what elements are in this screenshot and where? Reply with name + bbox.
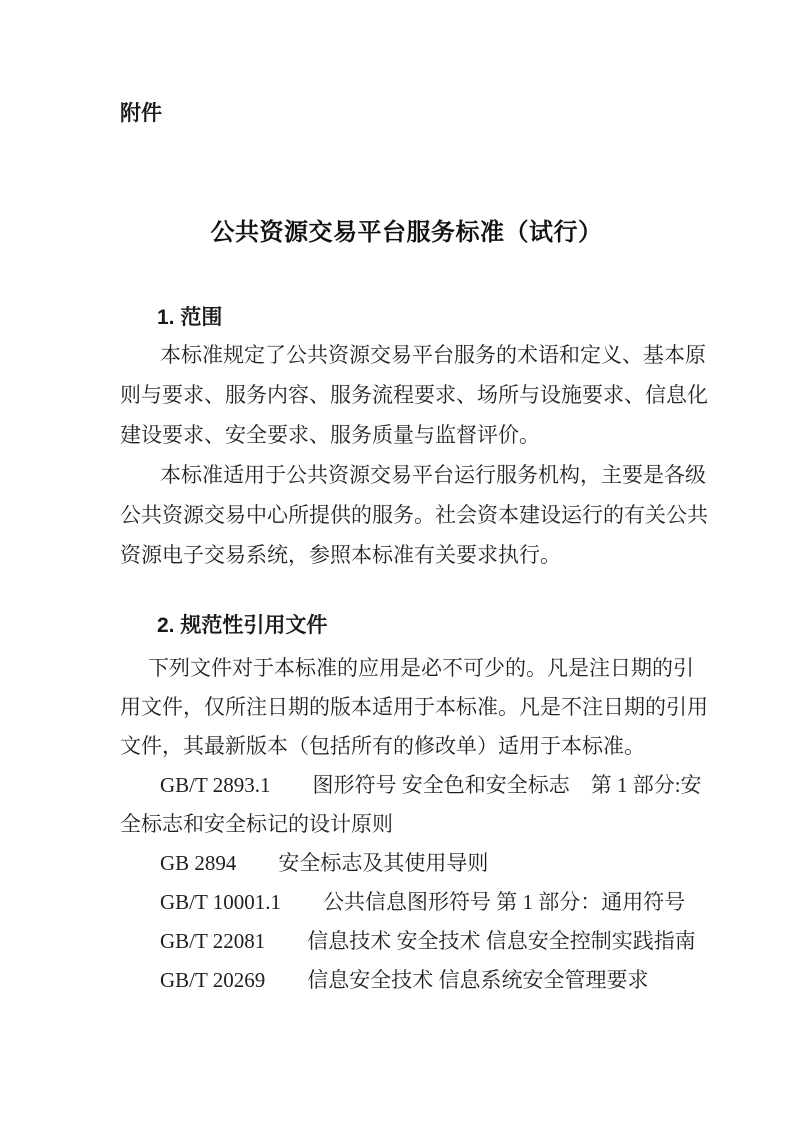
section-references-body: 下列文件对于本标准的应用是必不可少的。凡是注日期的引 用文件，仅所注日期的版本适… bbox=[120, 649, 685, 1000]
section-scope-body: 本标准规定了公共资源交易平台服务的术语和定义、基本原 则与要求、服务内容、服务流… bbox=[120, 335, 685, 575]
reference-line: GB/T 20269 信息安全技术 信息系统安全管理要求 bbox=[120, 961, 685, 1000]
body-line: 文件，其最新版本（包括所有的修改单）适用于本标准。 bbox=[120, 727, 685, 766]
body-line: 用文件，仅所注日期的版本适用于本标准。凡是不注日期的引用 bbox=[120, 688, 685, 727]
body-line: 公共资源交易中心所提供的服务。社会资本建设运行的有关公共 bbox=[120, 495, 685, 535]
body-line: 资源电子交易系统，参照本标准有关要求执行。 bbox=[120, 535, 685, 575]
reference-line: GB 2894 安全标志及其使用导则 bbox=[120, 844, 685, 883]
body-line: 本标准适用于公共资源交易平台运行服务机构，主要是各级 bbox=[120, 455, 685, 495]
reference-line: GB/T 10001.1 公共信息图形符号 第 1 部分：通用符号 bbox=[120, 883, 685, 922]
reference-line: 全标志和安全标记的设计原则 bbox=[120, 805, 685, 844]
reference-line: GB/T 22081 信息技术 安全技术 信息安全控制实践指南 bbox=[120, 922, 685, 961]
body-line: 建设要求、安全要求、服务质量与监督评价。 bbox=[120, 415, 685, 455]
body-line: 下列文件对于本标准的应用是必不可少的。凡是注日期的引 bbox=[120, 649, 685, 688]
document-title: 公共资源交易平台服务标准（试行） bbox=[0, 216, 793, 250]
section-heading-scope: 1. 范围 bbox=[157, 304, 222, 332]
section-heading-references: 2. 规范性引用文件 bbox=[157, 612, 327, 640]
body-line: 本标准规定了公共资源交易平台服务的术语和定义、基本原 bbox=[120, 335, 685, 375]
body-line: 则与要求、服务内容、服务流程要求、场所与设施要求、信息化 bbox=[120, 375, 685, 415]
document-page: 附件 公共资源交易平台服务标准（试行） 1. 范围 本标准规定了公共资源交易平台… bbox=[0, 0, 793, 1122]
attachment-label: 附件 bbox=[120, 100, 162, 128]
reference-line: GB/T 2893.1 图形符号 安全色和安全标志 第 1 部分:安 bbox=[120, 766, 685, 805]
